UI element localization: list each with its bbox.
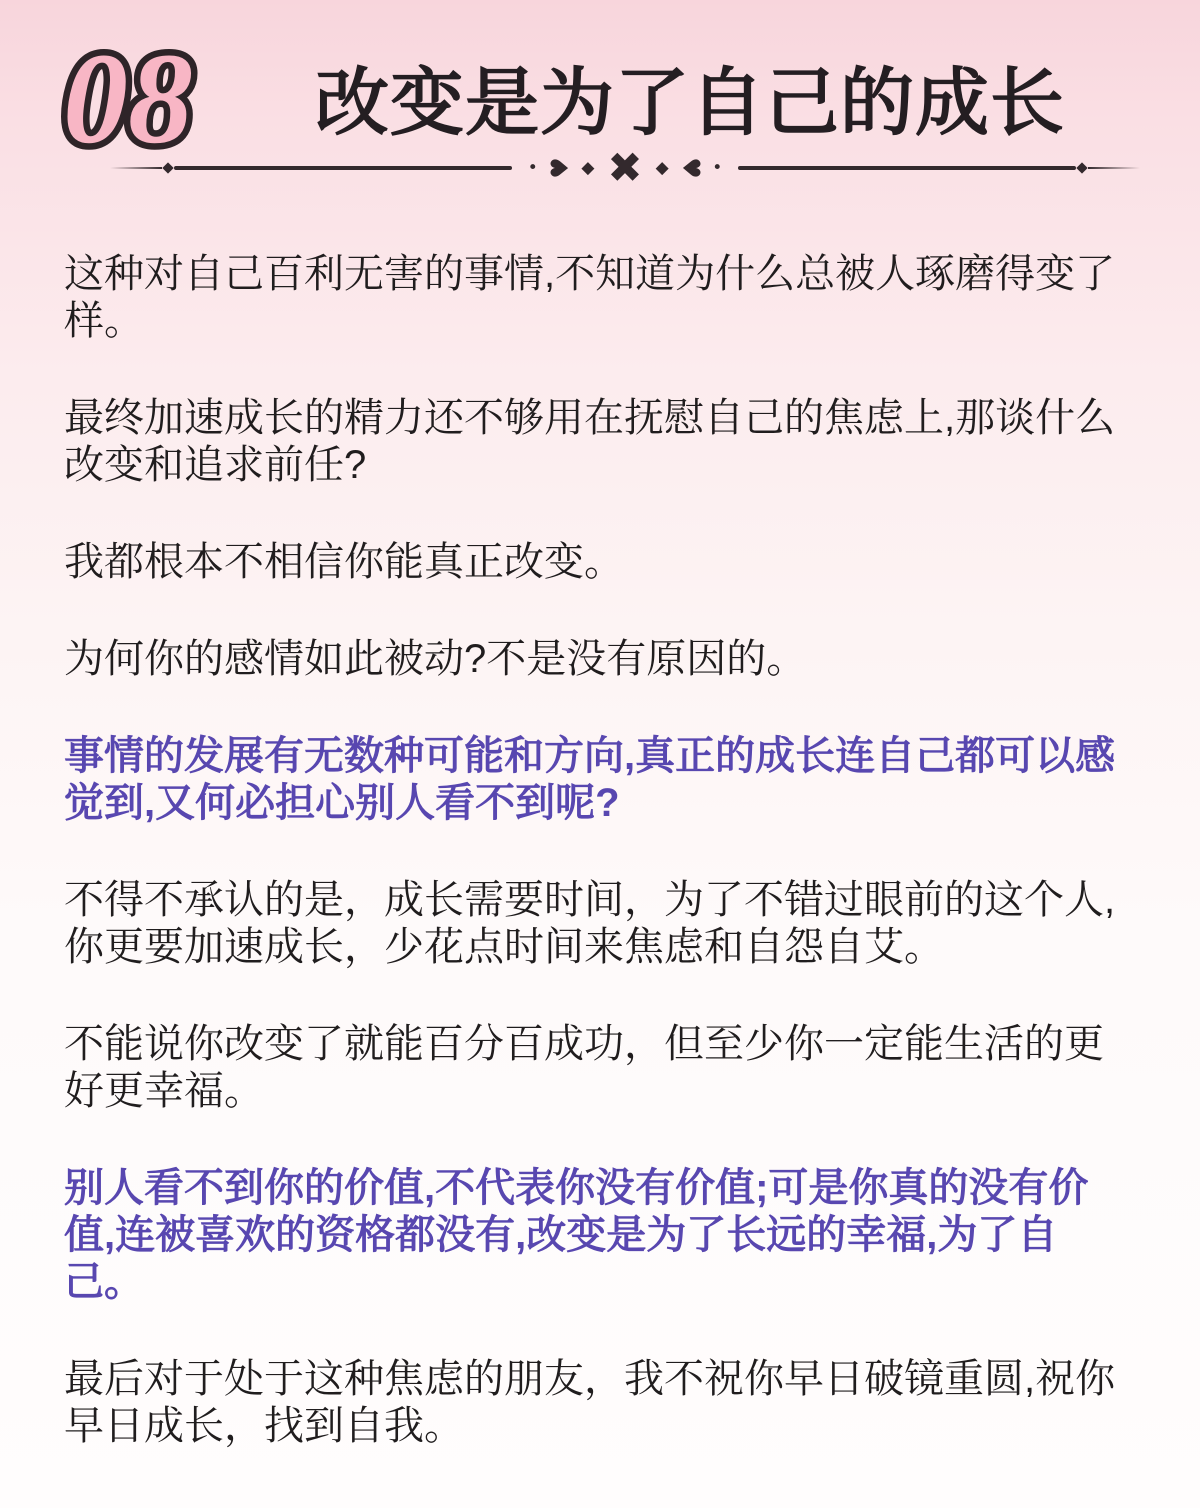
divider-line-left (174, 166, 512, 170)
paragraph-2: 最终加速成长的精力还不够用在抚慰自己的焦虑上,那谈什么 改变和追求前任? (64, 395, 1144, 489)
dot-icon: • (712, 160, 722, 177)
diamond-icon: ◆ (656, 160, 669, 177)
divider-line-right (738, 166, 1076, 170)
diamond-icon: ◆ (581, 160, 594, 177)
heart-icon: ♥ (548, 157, 572, 179)
paragraph-1: 这种对自己百利无害的事情,不知道为什么总被人琢磨得变了 样。 (64, 251, 1144, 345)
heart-icon: ♥ (678, 157, 702, 179)
divider-thin-line-right (1088, 167, 1140, 169)
page-title: 改变是为了自己的成长 (225, 62, 1155, 146)
divider-ornament: • ♥ ◆ ✖ ◆ ♥ • (528, 147, 722, 189)
divider-diamond-end-right-icon (1076, 162, 1087, 173)
text-card-page: 08 改变是为了自己的成长 • ♥ ◆ ✖ ◆ ♥ • 这种对自己百利无害的事情… (0, 0, 1200, 1508)
paragraph-7: 不能说你改变了就能百分百成功，但至少你一定能生活的更 好更幸福。 (64, 1021, 1144, 1115)
section-divider: • ♥ ◆ ✖ ◆ ♥ • (110, 148, 1140, 188)
cross-flower-icon: ✖ (607, 147, 642, 189)
divider-thin-line-left (110, 167, 162, 169)
article-body: 这种对自己百利无害的事情,不知道为什么总被人琢磨得变了 样。 最终加速成长的精力… (64, 251, 1144, 1500)
paragraph-3: 我都根本不相信你能真正改变。 (64, 539, 1144, 586)
paragraph-4: 为何你的感情如此被动?不是没有原因的。 (64, 636, 1144, 683)
paragraph-9: 最后对于处于这种焦虑的朋友，我不祝你早日破镜重圆,祝你 早日成长，找到自我。 (64, 1356, 1144, 1450)
paragraph-5-emphasis: 事情的发展有无数种可能和方向,真正的成长连自己都可以感 觉到,又何必担心别人看不… (64, 733, 1144, 827)
paragraph-6: 不得不承认的是，成长需要时间，为了不错过眼前的这个人, 你更要加速成长，少花点时… (64, 877, 1144, 971)
divider-diamond-end-left-icon (162, 162, 173, 173)
paragraph-8-emphasis: 别人看不到你的价值,不代表你没有价值;可是你真的没有价 值,连被喜欢的资格都没有… (64, 1165, 1144, 1306)
dot-icon: • (528, 160, 538, 177)
